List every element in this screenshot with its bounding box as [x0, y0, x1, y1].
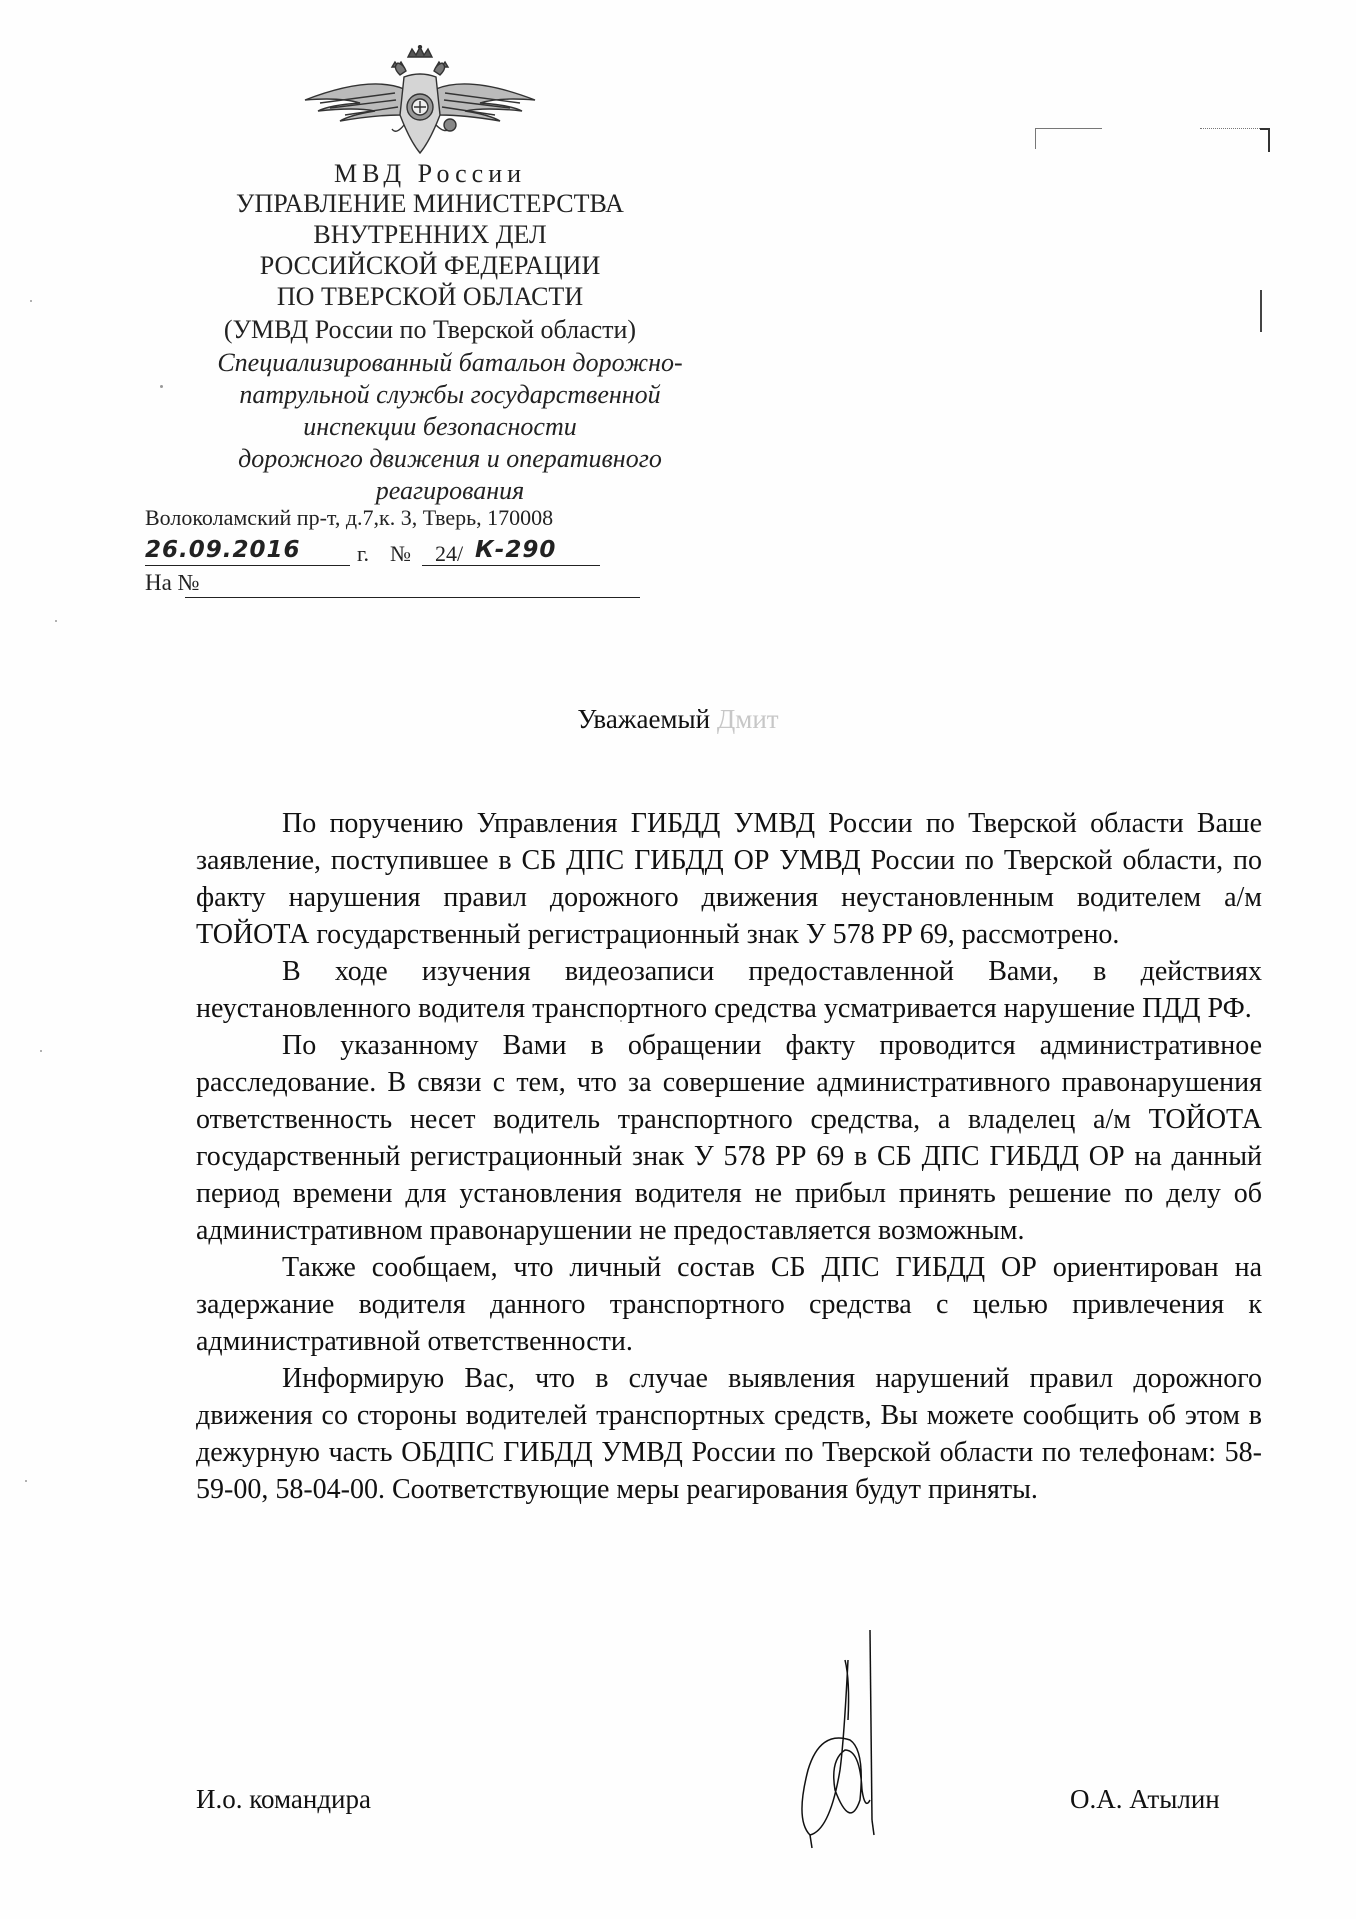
scan-speck [160, 385, 163, 388]
unit-line-1: Специализированный батальон дорожно- [140, 347, 760, 379]
letter-body: По поручению Управления ГИБДД УМВД Росси… [196, 805, 1262, 1508]
salutation-text: Уважаемый [577, 704, 710, 734]
org-line-4: ПО ТВЕРСКОЙ ОБЛАСТИ [120, 281, 740, 313]
date-number-line: 26.09.2016 г. № 24/ К-290 [145, 535, 705, 571]
scan-speck [620, 1020, 622, 1022]
body-paragraph-4: Также сообщаем, что личный состав СБ ДПС… [196, 1249, 1262, 1360]
reply-reference-underline [185, 597, 640, 598]
address-box-right-edge [1260, 290, 1262, 332]
scan-speck [1040, 1090, 1042, 1092]
org-line-2: ВНУТРЕННИХ ДЕЛ [120, 219, 740, 251]
scan-speck [25, 1480, 27, 1482]
scan-speck [30, 300, 32, 302]
year-suffix: г. [357, 541, 369, 567]
sender-address: Волоколамский пр-т, д.7,к. 3, Тверь, 170… [145, 505, 553, 531]
handwritten-date: 26.09.2016 [145, 537, 301, 563]
mvd-eagle-emblem-icon [300, 45, 540, 155]
address-box-corner-top-left [1035, 128, 1102, 149]
scan-speck [40, 1050, 42, 1052]
number-underline [422, 565, 600, 566]
address-box-corner-top-right [1260, 128, 1270, 152]
letter-page: МВД России УПРАВЛЕНИЕ МИНИСТЕРСТВА ВНУТР… [0, 0, 1356, 1919]
org-abbreviation: (УМВД России по Тверской области) [120, 314, 740, 346]
number-label: № [390, 541, 411, 567]
reply-reference-label: На № [145, 570, 200, 595]
address-box-top-edge [1200, 128, 1260, 129]
handwritten-number: К-290 [475, 537, 556, 563]
reply-reference-line: На № [145, 570, 200, 596]
unit-line-5: реагирования [140, 475, 760, 507]
unit-line-4: дорожного движения и оперативного [140, 443, 760, 475]
scan-speck [55, 620, 57, 622]
body-paragraph-3: По указанному Вами в обращении факту про… [196, 1027, 1262, 1249]
unit-line-3: инспекции безопасности [130, 411, 750, 443]
date-underline [145, 565, 350, 566]
org-line-3: РОССИЙСКОЙ ФЕДЕРАЦИИ [120, 250, 740, 282]
signatory-position: И.о. командира [196, 1784, 371, 1815]
ministry-short-title: МВД России [120, 158, 740, 190]
body-paragraph-5: Информирую Вас, что в случае выявления н… [196, 1360, 1262, 1508]
signatory-name: О.А. Атылин [1070, 1784, 1220, 1815]
salutation: Уважаемый Дмит [0, 704, 1356, 735]
body-paragraph-1: По поручению Управления ГИБДД УМВД Росси… [196, 805, 1262, 953]
handwritten-signature-icon [790, 1620, 910, 1850]
org-line-1: УПРАВЛЕНИЕ МИНИСТЕРСТВА [120, 188, 740, 220]
number-prefix: 24/ [435, 541, 463, 567]
unit-line-2: патрульной службы государственной [140, 379, 760, 411]
redacted-recipient-name: Дмит [717, 704, 779, 734]
body-paragraph-2: В ходе изучения видеозаписи предоставлен… [196, 953, 1262, 1027]
